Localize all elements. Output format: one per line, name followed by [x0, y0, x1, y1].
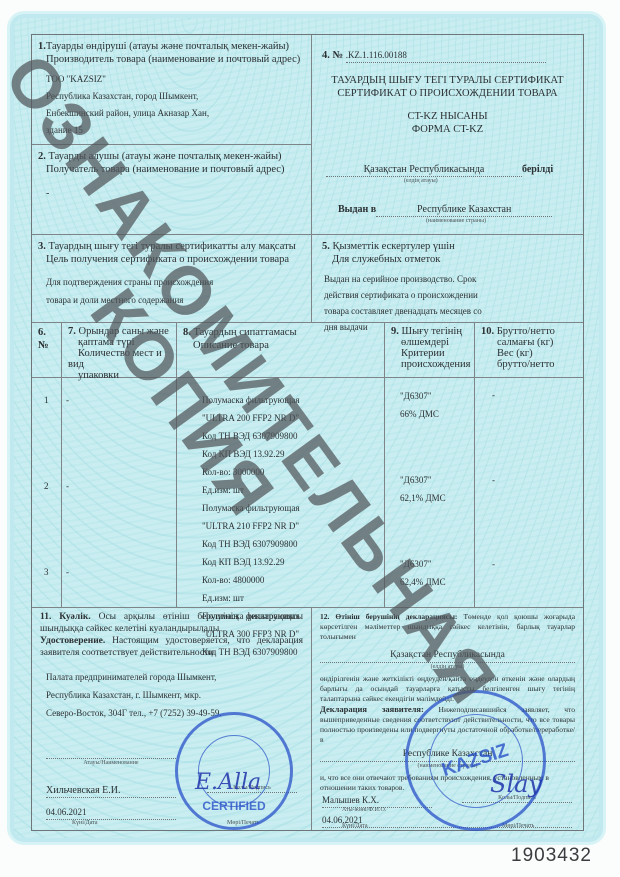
- producer-address-line-1: Республика Казахстан, город Шымкент,: [46, 88, 297, 105]
- producer-address-line-2: Енбекшинский район, улица Акназар Хан,: [46, 105, 297, 122]
- declarant-signature: Slay: [490, 770, 542, 798]
- certificate-title-kz: ТАУАРДЫҢ ШЫҒУ ТЕГІ ТУРАЛЫ СЕРТИФИКАТ: [312, 74, 583, 87]
- date-caption-12: Күні/Дата: [342, 822, 368, 830]
- name-caption-12: Аты-жөні/Ф.И.О.: [342, 806, 386, 814]
- certificate-number: .KZ.1.116.00188: [346, 49, 546, 63]
- date-caption-11: Күні/Дата: [72, 819, 98, 827]
- box-11-number: 11.: [40, 612, 51, 622]
- header-col-9: 9. Шығу тегінің өлшемдері Критерии проис…: [385, 323, 475, 378]
- service-note-line-3: товара составляет двенадцать месяцев со: [324, 303, 571, 319]
- chamber-line-1: Палата предпринимателей города Шымкент,: [46, 668, 297, 686]
- body-col-7: [62, 378, 177, 608]
- box-5-title-ru: Для служебных отметок: [322, 254, 440, 265]
- box-3-title-ru: Цель получения сертификата о происхожден…: [38, 254, 289, 265]
- country-hint-ru: (наименование страны): [338, 217, 578, 225]
- box-3-purpose: 3. Тауардың шығу тегі туралы сертификатт…: [32, 235, 312, 323]
- issued-country-ru: Республике Казахстан: [376, 203, 552, 217]
- box-12-number: 12.: [320, 612, 329, 621]
- box-1-producer: 1.Тауарды өндіруші (атауы және почталық …: [32, 35, 312, 145]
- date-11: 04.06.2021: [46, 806, 176, 820]
- header-col-6: 6. №: [32, 323, 62, 378]
- box-5-service-notes: 5. Қызметтік ескертулер үшін Для служебн…: [312, 235, 583, 323]
- box-1-title-ru: Производитель товара (наименование и поч…: [38, 54, 300, 65]
- recipient-value: -: [32, 179, 311, 208]
- purpose-line-1: Для подтверждения страны происхождения: [46, 273, 297, 291]
- kazsiz-stamp: KAZSIZ: [405, 690, 546, 831]
- box-2-number: 2.: [38, 151, 46, 162]
- form-kz: CT-KZ НЫСАНЫ: [312, 110, 583, 123]
- box-4-number-label: 4. №: [322, 50, 343, 61]
- box-5-number: 5.: [322, 241, 330, 252]
- chamber-stamp-text: CERTIFIED: [202, 799, 265, 813]
- box-2-title-ru: Получатель товара (наименование и почтов…: [38, 164, 284, 175]
- service-note-line-1: Выдан на серийное производство. Срок: [324, 271, 571, 287]
- declaration-country-hint-kz: (елдің атауы): [312, 663, 583, 671]
- header-col-8: 8. Тауардың сипаттамасы Описание товара: [177, 323, 385, 378]
- chamber-line-2: Республика Казахстан, г. Шымкент, мкр.: [46, 686, 297, 704]
- country-hint-kz: (елдің атауы): [326, 177, 576, 185]
- issued-word-kz: берілді: [522, 164, 553, 175]
- box-1-number: 1.: [38, 41, 46, 52]
- box-5-title-kz: Қызметтік ескертулер үшін: [333, 241, 455, 252]
- header-col-7: 7. Орындар саны және қаптама түрі Количе…: [62, 323, 177, 378]
- box-1-title-kz: Тауарды өндіруші (атауы және почталық ме…: [46, 41, 289, 52]
- box-3-number: 3.: [38, 241, 46, 252]
- signer-11: Хильчевская Е.И.: [46, 784, 176, 798]
- box-2-title-kz: Тауарды алушы (атауы және почталық мекен…: [49, 151, 282, 162]
- header-col-10: 10. Брутто/нетто салмағы (кг) Вес (кг) б…: [475, 323, 583, 378]
- serial-number: 1903432: [511, 845, 592, 867]
- chamber-signature: E.Alla: [195, 770, 261, 795]
- name-caption-11: Атауы/Наименование: [46, 758, 176, 767]
- body-col-10: [475, 378, 583, 608]
- producer-address-line-3: здание 15: [46, 122, 297, 139]
- issued-country-kz: Қазақстан Республикасында: [326, 163, 522, 177]
- box-4-certificate: 4. № .KZ.1.116.00188 ТАУАРДЫҢ ШЫҒУ ТЕГІ …: [312, 35, 583, 235]
- declaration-country-kz: Қазақстан Республикасында: [320, 649, 575, 663]
- form-ru: ФОРМА CT-KZ: [312, 123, 583, 136]
- purpose-line-2: товара и доли местного содержания: [46, 291, 297, 309]
- box-2-recipient: 2. Тауарды алушы (атауы және почталық ме…: [32, 145, 312, 235]
- certificate-title-ru: СЕРТИФИКАТ О ПРОИСХОЖДЕНИИ ТОВАРА: [312, 87, 583, 100]
- producer-name: ТОО "KAZSIZ": [46, 71, 297, 88]
- box-3-title-kz: Тауардың шығу тегі туралы сертификатты а…: [49, 241, 296, 252]
- issued-label-ru: Выдан в: [338, 204, 376, 215]
- service-note-line-2: действия сертификата о происхождении: [324, 287, 571, 303]
